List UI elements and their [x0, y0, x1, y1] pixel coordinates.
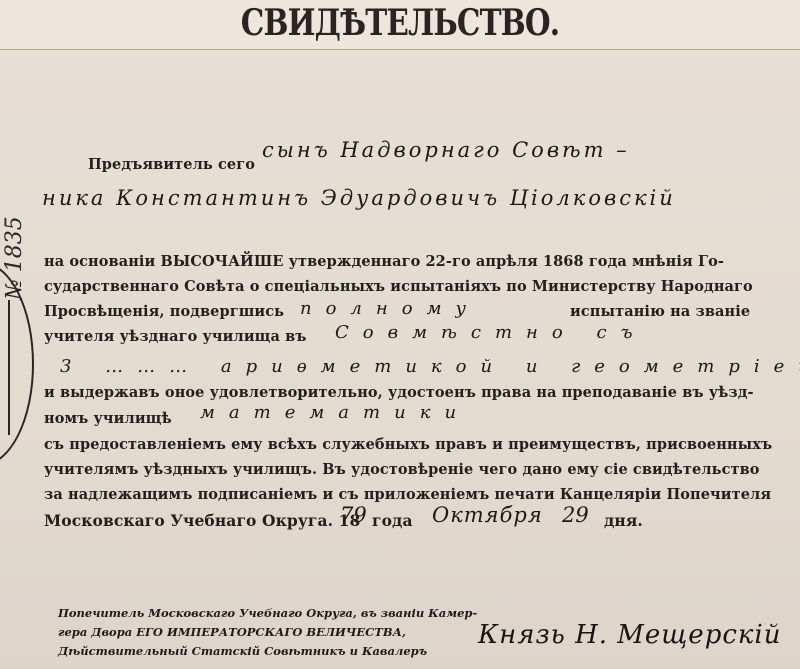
document-title: СВИДѢТЕЛЬСТВО. — [72, 2, 728, 44]
body-line-6: учителя уѣзднаго училища въ — [44, 328, 307, 345]
month-handwritten: Октября — [432, 503, 543, 527]
body-line-5a: Просвѣщенія, подвергшись — [44, 303, 284, 320]
name-handwritten: ника Константинъ Эдуардовичъ Ціолковскій — [42, 186, 676, 210]
body-line-11: учителямъ уѣздныхъ училищъ. Въ удостовѣр… — [44, 461, 760, 478]
footer-line-2: гера Двора ЕГО ИМПЕРАТОРСКАГО ВЕЛИЧЕСТВА… — [58, 625, 406, 639]
body-line-8: и выдержавъ оное удовлетворительно, удос… — [44, 384, 754, 401]
body-line-10: съ предоставленіемъ ему всѣхъ служебныхъ… — [44, 436, 772, 453]
subjects-handwritten-b: 3 ……… ариѳметикой и геометріей — [60, 356, 800, 377]
footer-line-1: Попечитель Московскаго Учебнаго Округа, … — [58, 606, 477, 620]
subjects-handwritten-a: Совмѣстно съ — [335, 322, 647, 343]
body-line-13a: Московскаго Учебнаго Округа. 18 — [44, 511, 360, 530]
body-line-3: на основаніи ВЫСОЧАЙШЕ утвержденнаго 22-… — [44, 253, 724, 270]
day-handwritten: 29 — [562, 503, 589, 527]
trustee-signature: Князь Н. Мещерскій — [478, 620, 781, 650]
intro-handwritten: сынъ Надворнаго Совѣт – — [262, 138, 630, 162]
body-line-13b: года — [372, 511, 413, 530]
stamp-number: № 1835 — [2, 216, 27, 300]
exam-type-handwritten: полному — [300, 298, 480, 319]
body-line-4: сударственнаго Совѣта о спеціальныхъ исп… — [44, 278, 753, 295]
intro-printed: Предъявитель сего — [88, 156, 255, 173]
year-handwritten: 79 — [340, 503, 367, 527]
body-line-12: за надлежащимъ подписаніемъ и съ приложе… — [44, 486, 771, 503]
body-line-13c: дня. — [604, 511, 643, 530]
header-strip: СВИДѢТЕЛЬСТВО. — [0, 0, 800, 50]
stamp-underline — [8, 300, 10, 435]
footer-line-3: Дѣйствительный Статскій Совѣтникъ и Кава… — [58, 644, 427, 658]
body-line-9: номъ училищѣ — [44, 410, 172, 427]
subject-taught-handwritten: математики — [200, 402, 470, 423]
body-line-5b: испытанію на званіе — [570, 303, 750, 320]
